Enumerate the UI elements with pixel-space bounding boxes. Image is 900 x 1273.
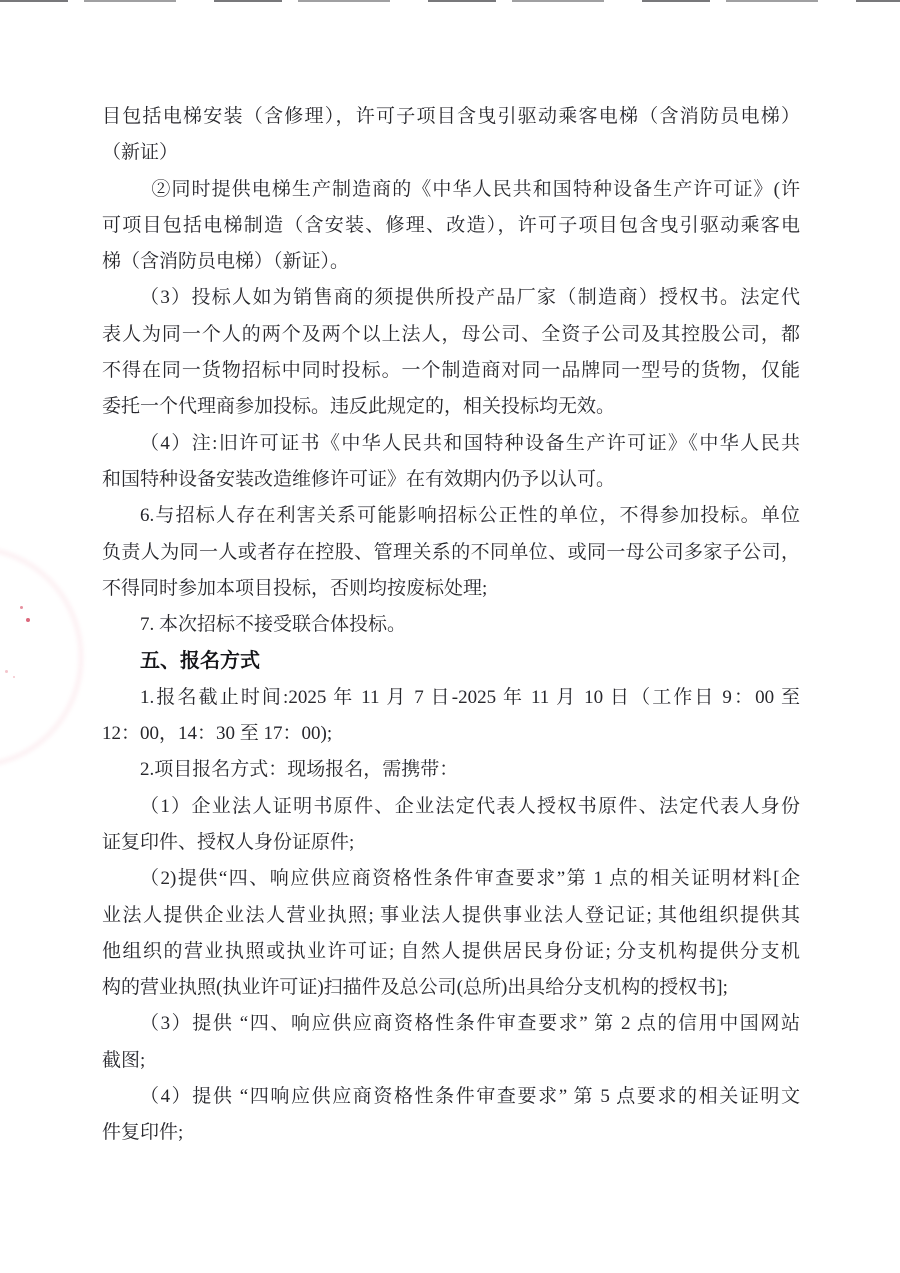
- text-line: 2.项目报名方式：现场报名，需携带：: [102, 752, 800, 788]
- red-stamp-speck: [20, 606, 23, 609]
- text-line: 业法人提供企业法人营业执照; 事业法人提供事业法人登记证; 其他组织提供其: [102, 898, 800, 934]
- text-line: （1）企业法人证明书原件、企业法定代表人授权书原件、法定代表人身份: [102, 789, 800, 825]
- text-line: 梯（含消防员电梯）（新证）。: [102, 244, 800, 280]
- para-7-no-consortium: 7. 本次招标不接受联合体投标。: [102, 607, 800, 643]
- text-line: 6.与招标人存在利害关系可能影响招标公正性的单位，不得参加投标。单位: [102, 498, 800, 534]
- text-line: 他组织的营业执照或执业许可证; 自然人提供居民身份证; 分支机构提供分支机: [102, 934, 800, 970]
- text-line: 委托一个代理商参加投标。违反此规定的，相关投标均无效。: [102, 389, 800, 425]
- text-line: （2)提供“四、响应供应商资格性条件审查要求”第 1 点的相关证明材料[企: [102, 861, 800, 897]
- text-line: 负责人为同一人或者存在控股、管理关系的不同单位、或同一母公司多家子公司，: [102, 535, 800, 571]
- scanned-document-page: 目包括电梯安装（含修理），许可子项目含曳引驱动乘客电梯（含消防员电梯）（新证）②…: [0, 0, 900, 1273]
- scan-artifact-top-edge: [0, 0, 900, 2]
- para-manufacturer-license: ②同时提供电梯生产制造商的《中华人民共和国特种设备生产许可证》(许可项目包括电梯…: [102, 172, 800, 281]
- text-line: 表人为同一个人的两个及两个以上法人，母公司、全资子公司及其控股公司，都: [102, 317, 800, 353]
- document-body: 目包括电梯安装（含修理），许可子项目含曳引驱动乘客电梯（含消防员电梯）（新证）②…: [102, 99, 800, 1152]
- para-elevator-install-continuation: 目包括电梯安装（含修理），许可子项目含曳引驱动乘客电梯（含消防员电梯）（新证）: [102, 99, 800, 172]
- text-line: 12：00，14：30 至 17：00);: [102, 716, 800, 752]
- text-line: （4）提供 “四响应供应商资格性条件审查要求” 第 5 点要求的相关证明文: [102, 1079, 800, 1115]
- red-seal-stamp-partial: [0, 545, 84, 769]
- para-2-registration-method: 2.项目报名方式：现场报名，需携带：: [102, 752, 800, 788]
- para-3-dealer-authorization: （3）投标人如为销售商的须提供所投产品厂家（制造商）授权书。法定代表人为同一个人…: [102, 280, 800, 425]
- text-line: 五、报名方式: [102, 643, 800, 679]
- red-stamp-speck: [5, 670, 8, 673]
- para-4-note-old-license: （4）注:旧许可证书《中华人民共和国特种设备生产许可证》《中华人民共和国特种设备…: [102, 426, 800, 499]
- para-2-1-documents: （1）企业法人证明书原件、企业法定代表人授权书原件、法定代表人身份证复印件、授权…: [102, 789, 800, 862]
- heading-section-5-registration: 五、报名方式: [102, 643, 800, 679]
- para-2-3-credit-china: （3）提供 “四、响应供应商资格性条件审查要求” 第 2 点的信用中国网站截图;: [102, 1006, 800, 1079]
- text-line: （4）注:旧许可证书《中华人民共和国特种设备生产许可证》《中华人民共: [102, 426, 800, 462]
- para-6-conflict-of-interest: 6.与招标人存在利害关系可能影响招标公正性的单位，不得参加投标。单位负责人为同一…: [102, 498, 800, 607]
- text-line: 不得同时参加本项目投标，否则均按废标处理;: [102, 571, 800, 607]
- text-line: （新证）: [102, 135, 800, 171]
- red-stamp-speck: [26, 618, 30, 622]
- text-line: （3）提供 “四、响应供应商资格性条件审查要求” 第 2 点的信用中国网站: [102, 1006, 800, 1042]
- text-line: 1.报名截止时间:2025 年 11 月 7 日-2025 年 11 月 10 …: [102, 680, 800, 716]
- text-line: 件复印件;: [102, 1115, 800, 1151]
- text-line: 目包括电梯安装（含修理），许可子项目含曳引驱动乘客电梯（含消防员电梯）: [102, 99, 800, 135]
- para-2-4-certificates: （4）提供 “四响应供应商资格性条件审查要求” 第 5 点要求的相关证明文件复印…: [102, 1079, 800, 1152]
- para-2-2-qualification-materials: （2)提供“四、响应供应商资格性条件审查要求”第 1 点的相关证明材料[企业法人…: [102, 861, 800, 1006]
- red-stamp-speck: [13, 676, 15, 678]
- text-line: 证复印件、授权人身份证原件;: [102, 825, 800, 861]
- text-line: （3）投标人如为销售商的须提供所投产品厂家（制造商）授权书。法定代: [102, 280, 800, 316]
- text-line: 7. 本次招标不接受联合体投标。: [102, 607, 800, 643]
- text-line: 构的营业执照(执业许可证)扫描件及总公司(总所)出具给分支机构的授权书];: [102, 970, 800, 1006]
- text-line: 截图;: [102, 1043, 800, 1079]
- text-line: 和国特种设备安装改造维修许可证》在有效期内仍予以认可。: [102, 462, 800, 498]
- text-line: 不得在同一货物招标中同时投标。一个制造商对同一品牌同一型号的货物，仅能: [102, 353, 800, 389]
- text-line: 可项目包括电梯制造（含安装、修理、改造），许可子项目包含曳引驱动乘客电: [102, 208, 800, 244]
- text-line: ②同时提供电梯生产制造商的《中华人民共和国特种设备生产许可证》(许: [102, 172, 800, 208]
- para-1-registration-deadline: 1.报名截止时间:2025 年 11 月 7 日-2025 年 11 月 10 …: [102, 680, 800, 753]
